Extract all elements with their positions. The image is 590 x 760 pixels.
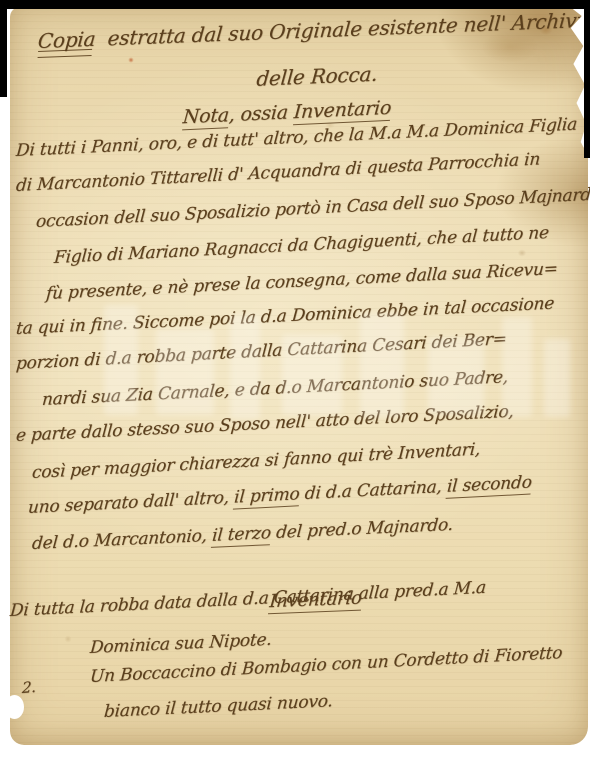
text-segment: estratta dal suo Originale esistente nel… [94,8,590,51]
manuscript-line: porzion di d.a robba parte dalla Cattari… [15,329,507,374]
text-segment: Copia [37,27,96,53]
text-segment: il terzo [211,523,272,548]
photo-border-left [0,0,7,97]
text-segment: del d.o Marcantonio, [31,526,213,554]
watermark-block [360,313,404,417]
manuscript-line: così per maggior chiarezza si fanno qui … [31,439,481,483]
inventory-item-number: 2. [22,678,37,697]
text-segment: del pred.o Majnardo. [270,515,454,543]
text-segment: porzion di d.a robba parte dalla Cattari… [15,329,507,374]
photo-border-right [584,0,590,158]
inventory-item-line: bianco il tutto quasi nuovo. [103,691,333,722]
manuscript-line: e parte dallo stesso suo Sposo nell' att… [15,402,514,446]
text-segment: il primo [233,484,300,509]
manuscript-line: del d.o Marcantonio, il terzo del pred.o… [31,515,454,554]
header-line-copia: Copia estratta dal suo Originale esisten… [37,8,590,53]
manuscript-line: Figlio di Mariano Ragnacci da Chagiguent… [53,223,549,268]
text-segment: Nota [182,104,230,130]
text-segment: il secondo [446,472,532,498]
text-segment: Figlio di Mariano Ragnacci da Chagiguent… [53,223,549,268]
text-segment: nardi sua Zia Carnale, e da d.o Marcanto… [41,367,508,410]
text-segment: Inventario [293,97,392,126]
watermark-block [544,339,570,417]
text-segment: così per maggior chiarezza si fanno qui … [31,439,481,483]
photo-border-top [0,0,590,9]
manuscript-line: nardi sua Zia Carnale, e da d.o Marcanto… [41,367,508,410]
text-segment: uno separato dall' altro, [27,488,235,519]
scanned-manuscript-photo: Copia estratta dal suo Originale esisten… [0,0,590,760]
text-segment: e parte dallo stesso suo Sposo nell' att… [15,402,514,446]
manuscript-paper: Copia estratta dal suo Originale esisten… [10,7,588,745]
text-segment: di d.a Cattarina, [299,477,448,505]
watermark-block [230,315,260,419]
text-segment: , ossia [228,101,295,126]
paper-edge-notch [5,695,24,719]
